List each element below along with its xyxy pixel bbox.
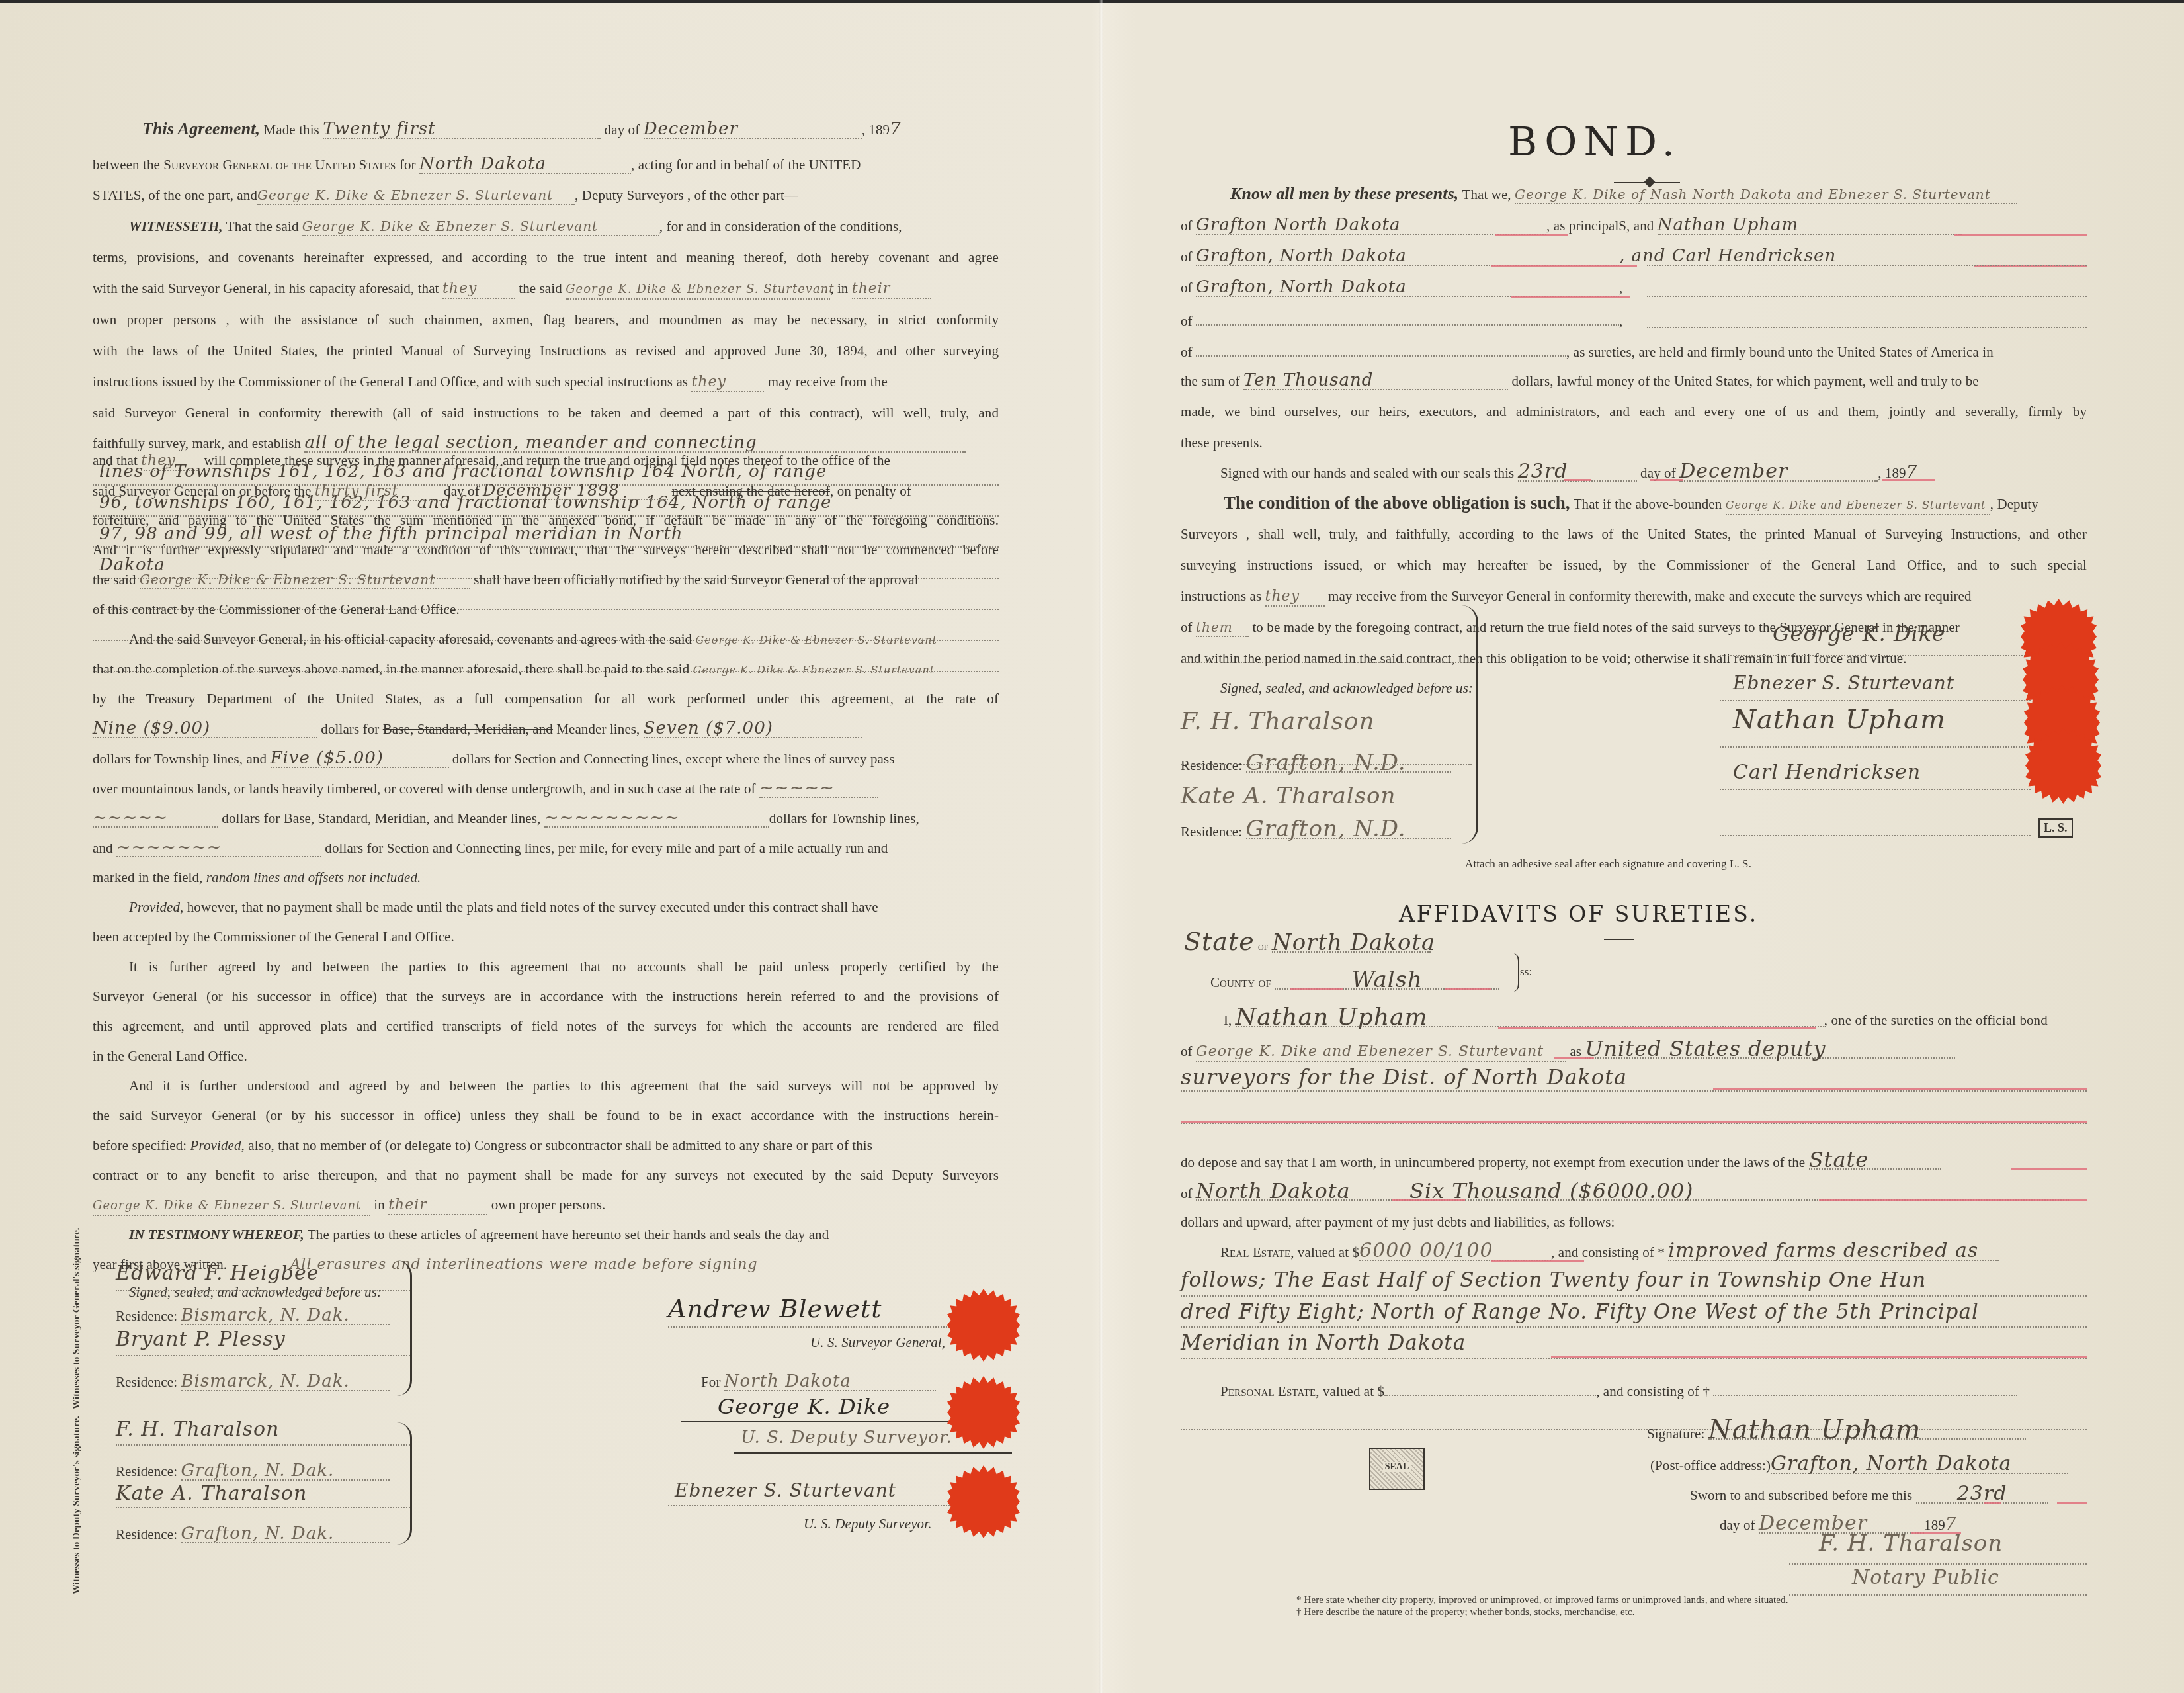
- pink-rule: [1650, 479, 1683, 481]
- empty-field: [1196, 310, 1619, 326]
- label: of: [1181, 619, 1193, 635]
- agreement-line-3: STATES, of the one part, andGeorge K. Di…: [93, 187, 798, 205]
- condition-line-1: The condition of the above obligation is…: [1224, 494, 2090, 515]
- sworn-day-field: 23rd: [1916, 1485, 2048, 1504]
- pink-rule: [1511, 296, 1630, 298]
- deputy-surveyor-2-title: U. S. Deputy Surveyor.: [804, 1515, 932, 1532]
- label: ,: [1619, 313, 1622, 329]
- condition-heading: The condition of the above obligation is…: [1224, 493, 1570, 513]
- bond-line-6: of , as sureties, are held and firmly bo…: [1181, 341, 2087, 361]
- label: , Deputy: [1990, 496, 2038, 512]
- signature-line: Signature: Nathan Upham: [1647, 1421, 2026, 1442]
- field: ~~~~~: [93, 809, 218, 828]
- label: Signature:: [1647, 1426, 1704, 1442]
- rule: [116, 1355, 410, 1356]
- label: over mountainous lands, or lands heavily…: [93, 781, 756, 797]
- label: Residence:: [116, 1526, 177, 1542]
- label: That the said: [226, 218, 299, 234]
- witness-sg-1-signature: Edward F. Heigbee: [116, 1265, 319, 1282]
- label: , and consisting of †: [1596, 1383, 1710, 1399]
- label: I,: [1224, 1012, 1232, 1028]
- label: dollars for: [321, 721, 379, 737]
- label: , one of the sureties on the official bo…: [1824, 1012, 2048, 1028]
- p2-line-3: forfeiture, and paying to the United Sta…: [93, 511, 999, 529]
- label: Sworn to and subscribed before me this: [1690, 1487, 1912, 1503]
- pink-rule: [1498, 1027, 1816, 1029]
- bond-amount-field: Ten Thousand: [1243, 372, 1508, 390]
- pink-rule: [1984, 1502, 2001, 1504]
- rule: [1181, 1123, 2087, 1124]
- section-rate-field: Five ($5.00): [271, 750, 449, 768]
- rule: [1720, 655, 2031, 656]
- witness-ds-1-signature: F. H. Tharalson: [116, 1421, 279, 1438]
- label: of: [1181, 344, 1193, 360]
- bond-heading: Know all men by these presents,: [1230, 184, 1458, 203]
- p5-line-2: Surveyor General (or his successor in of…: [93, 988, 999, 1005]
- label: dollars for Section and Connecting lines…: [452, 751, 895, 767]
- post-office-line: (Post-office address:)Grafton, North Dak…: [1650, 1455, 2068, 1474]
- agreement-line-7: own proper persons , with the assistance…: [93, 311, 999, 328]
- label: for: [399, 157, 416, 173]
- p3-line-1: And the said Surveyor General, in his of…: [129, 630, 1009, 649]
- bond-witness-1-signature: F. H. Tharalson: [1181, 713, 1375, 730]
- label: however, that no payment shall be made u…: [187, 899, 878, 915]
- label: That we,: [1462, 187, 1511, 202]
- label: dollars for Township lines,: [769, 810, 919, 826]
- agreement-line-10: said Surveyor General in conformity ther…: [93, 404, 999, 421]
- survey-description-field: all of the legal section, meander and co…: [304, 434, 966, 453]
- label: may receive from the: [768, 374, 888, 390]
- agreement-state-field: North Dakota: [419, 155, 631, 174]
- p2-line-1: and that they will complete these survey…: [93, 452, 999, 471]
- label: instructions as: [1181, 588, 1261, 604]
- bond-line-1: Know all men by these presents, That we,…: [1230, 185, 2090, 204]
- p2-line-6: of this contract by the Commissioner of …: [93, 601, 460, 618]
- ornament-rule: [1604, 939, 1634, 940]
- label: of: [1258, 940, 1269, 953]
- pink-rule: [1564, 479, 1591, 481]
- label: , as principalS, and: [1546, 218, 1654, 234]
- label: before specified:: [93, 1137, 187, 1153]
- bond-line-4: of Grafton, North Dakota,: [1181, 279, 2087, 297]
- label: Made this: [264, 122, 319, 138]
- rule: [668, 1505, 952, 1506]
- surety-1-residence-field: Grafton, North Dakota: [1196, 247, 1619, 266]
- deputy-surveyor-1-signature: George K. Dike: [718, 1398, 890, 1415]
- affidavit-line-4: do depose and say that I am worth, in un…: [1181, 1151, 2087, 1171]
- label: , and consisting of *: [1551, 1244, 1665, 1260]
- personal-estate-description-field: [1713, 1380, 2017, 1396]
- agreement-heading: This Agreement,: [142, 119, 260, 138]
- p6-line-5: George K. Dike & Ebnezer S. Sturtevant i…: [93, 1196, 605, 1216]
- bond-signer-1-signature: George K. Dike: [1773, 625, 1945, 642]
- field: George K. Dike & Ebnezer S. Sturtevant: [566, 281, 830, 300]
- real-estate-description-field: improved farms described as: [1668, 1242, 1999, 1261]
- surety-2-residence-field: Grafton, North Dakota: [1196, 279, 1619, 297]
- bond-line-8: made, we bind ourselves, our heirs, exec…: [1181, 403, 2087, 420]
- field: Bismarck, N. Dak.: [181, 1373, 390, 1391]
- label: with the said Surveyor General, in his c…: [93, 281, 439, 296]
- field: George K. Dike & Ebnezer S. Sturtevant: [93, 1197, 370, 1216]
- rule: [116, 1507, 410, 1508]
- label: day of: [1720, 1517, 1755, 1533]
- p3-line-4: Nine ($9.00) dollars for Base, Standard,…: [93, 720, 999, 738]
- p3-line-9: marked in the field, random lines and of…: [93, 869, 421, 886]
- brace: [397, 1422, 412, 1545]
- label: random lines and offsets not included.: [206, 869, 421, 885]
- label: dollars for Township lines, and: [93, 751, 267, 767]
- surety-2-field: , and Carl Hendricksen: [1619, 246, 1836, 266]
- label: may receive from the Surveyor General in…: [1328, 588, 1972, 604]
- field: they: [691, 374, 764, 392]
- surveyor-general-title: U. S. Surveyor General,: [810, 1334, 945, 1351]
- label: dollars, lawful money of the United Stat…: [1511, 373, 1978, 389]
- footnote-1: * Here state whether city property, impr…: [1296, 1594, 1788, 1606]
- agreement-line-2: between the Surveyor General of the Unit…: [93, 155, 861, 174]
- rule: [116, 1290, 410, 1291]
- condition-line-6: and within the period named in the said …: [1181, 650, 1907, 667]
- label: , on penalty of: [830, 483, 911, 499]
- deputy-surveyor-2-signature: Ebnezer S. Sturtevant: [675, 1482, 896, 1499]
- agreement-month-field: December: [644, 120, 862, 139]
- p6-line-3: before specified: Provided, also, that n…: [93, 1137, 999, 1154]
- label: valued at $: [1323, 1383, 1384, 1399]
- condition-line-4: instructions as they may receive from th…: [1181, 587, 2087, 607]
- notary-signature: F. H. Tharalson: [1819, 1535, 2003, 1552]
- pink-rule: [1819, 1199, 2087, 1201]
- pink-rule: [1882, 479, 1935, 481]
- rule: [1181, 1326, 2087, 1328]
- label: ,: [1619, 280, 1622, 296]
- rule: [1789, 1563, 2087, 1565]
- testimony-line-1: IN TESTIMONY WHEREOF, The parties to the…: [129, 1226, 999, 1243]
- rule: [681, 1421, 972, 1422]
- p5-line-3: this agreement, and until approved plats…: [93, 1018, 999, 1035]
- label: day of: [444, 483, 480, 499]
- label: Residence:: [1181, 758, 1242, 773]
- field: George K. Dike & Ebnezer S. Sturtevant: [696, 634, 937, 646]
- rule: [1647, 265, 2087, 266]
- rule: [1181, 662, 1472, 663]
- label: that on the completion of the surveys ab…: [93, 661, 689, 677]
- bond-line-3: of Grafton, North Dakota, and Carl Hendr…: [1181, 247, 2087, 266]
- p3-line-2: that on the completion of the surveys ab…: [93, 660, 1019, 679]
- witness-sg-2-signature: Bryant P. Plessy: [116, 1331, 286, 1348]
- field: George K. Dike & Ebnezer S. Sturtevant: [693, 664, 935, 676]
- scan-top-edge: [0, 0, 2184, 3]
- label: (Post-office address:): [1650, 1457, 1771, 1473]
- label: of: [1181, 1043, 1193, 1059]
- affidavit-line-3: surveyors for the Dist. of North Dakota: [1181, 1068, 1627, 1086]
- capacity-field: United States deputy: [1585, 1040, 1955, 1059]
- field: they: [442, 281, 515, 299]
- field: their: [852, 281, 931, 299]
- ss-label: ss:: [1520, 963, 1532, 980]
- agreement-line-5: terms, provisions, and covenants hereina…: [93, 249, 999, 266]
- deputy-surveyor-1-title: U. S. Deputy Surveyor.: [741, 1429, 952, 1446]
- state-field: North Dakota: [1272, 934, 1431, 953]
- label: Provided,: [190, 1137, 245, 1153]
- label: Signed with our hands and sealed with ou…: [1220, 465, 1514, 481]
- label: of: [1181, 1186, 1193, 1201]
- affiant-signature: Nathan Upham: [1708, 1421, 2026, 1440]
- rule: [1720, 700, 2031, 701]
- rule: [1647, 296, 2087, 297]
- agreement-line-6: with the said Surveyor General, in his c…: [93, 280, 999, 300]
- pink-rule: [1554, 1057, 1594, 1059]
- principals-field: George K. Dike of Nash North Dakota and …: [1515, 186, 2017, 204]
- seal-note: Attach an adhesive seal after each signa…: [1465, 855, 1751, 873]
- bond-witness-2-residence: Residence: Grafton, N.D.: [1181, 820, 1451, 840]
- p6-line-4: contract or to any benefit to arise ther…: [93, 1166, 999, 1184]
- seal-stamp-label: SEAL: [1383, 1462, 1411, 1472]
- field: they: [1265, 588, 1325, 607]
- bond-line-2: of Grafton North Dakota, as principalS, …: [1181, 216, 2087, 235]
- bond-signed-label: Signed, sealed, and acknowledged before …: [1220, 679, 1473, 697]
- struck-text: next ensuing the date hereof: [671, 483, 830, 499]
- condition-line-5: of them to be made by the foregoing cont…: [1181, 619, 2087, 637]
- rule: [1720, 835, 2031, 836]
- real-estate-description-line: Meridian in North Dakota: [1181, 1334, 1466, 1352]
- deputy-names-field: George K. Dike & Ebnezer S. Sturtevant: [257, 187, 575, 205]
- pink-rule: [1491, 1260, 1584, 1262]
- label: between the: [93, 157, 160, 173]
- for-state-field: North Dakota: [724, 1373, 936, 1391]
- label: Residence:: [116, 1308, 177, 1324]
- rule: [668, 1326, 952, 1328]
- signed-sealed-label: Signed, sealed, and acknowledged before …: [129, 1283, 382, 1301]
- label: instructions issued by the Commissioner …: [93, 374, 688, 390]
- field: ~~~~~: [759, 779, 878, 798]
- label: , acting for and in behalf of the UNITED: [631, 157, 861, 173]
- rule: [1647, 327, 2087, 328]
- real-estate-line: Real Estate, valued at $6000 00/100, and…: [1220, 1242, 2087, 1261]
- pink-rule: [1551, 1356, 2087, 1358]
- pink-rule: [1491, 265, 1637, 267]
- bond-signer-2-signature: Ebnezer S. Sturtevant: [1733, 675, 1954, 692]
- agreement-line-4: WITNESSETH, That the said George K. Dike…: [129, 218, 902, 236]
- p3-line-6: over mountainous lands, or lands heavily…: [93, 779, 999, 798]
- rule: [116, 1444, 410, 1446]
- label: do depose and say that I am worth, in un…: [1181, 1154, 1805, 1170]
- label: said Surveyor General on or before the: [93, 483, 311, 499]
- label: in: [374, 1197, 385, 1213]
- field: ~~~~~~~~~: [544, 809, 769, 828]
- pink-rule: [1181, 1121, 2087, 1123]
- label: the said: [519, 281, 562, 296]
- witness-ds-1-residence: Residence: Grafton, N. Dak.: [116, 1462, 390, 1481]
- affidavit-line-2: of George K. Dike and Ebenezer S. Sturte…: [1181, 1040, 2087, 1062]
- principal-residence-field: Grafton North Dakota: [1196, 216, 1546, 235]
- brace: [1511, 953, 1519, 992]
- affidavit-line-1: I, Nathan Upham, one of the sureties on …: [1224, 1009, 2090, 1029]
- label: For: [701, 1374, 720, 1390]
- witness-ds-2-residence: Residence: Grafton, N. Dak.: [116, 1525, 390, 1543]
- bond-line-7: the sum of Ten Thousand dollars, lawful …: [1181, 372, 2087, 390]
- p4-line-2: been accepted by the Commissioner of the…: [93, 928, 454, 945]
- label: faithfully survey, mark, and establish: [93, 435, 301, 451]
- county-label: County of: [1210, 975, 1271, 990]
- bond-signer-3-signature: Nathan Upham: [1733, 711, 1946, 728]
- bounden-field: George K. Dike and Ebenezer S. Sturtevan…: [1726, 497, 1990, 515]
- p6-line-2: the said Surveyor General (or by his suc…: [93, 1107, 999, 1124]
- field: they: [141, 453, 200, 471]
- year-suffix: 7: [890, 119, 902, 139]
- bond-month-field: December: [1679, 463, 1878, 482]
- notary-title: Notary Public: [1852, 1569, 1999, 1586]
- label: dollars for Base, Standard, Meridian, an…: [222, 810, 540, 826]
- pink-rule: [1713, 1088, 2087, 1090]
- personal-estate-value-field: [1384, 1380, 1596, 1396]
- year-prefix: , 189: [862, 122, 890, 138]
- label: the sum of: [1181, 373, 1240, 389]
- label: marked in the field,: [93, 869, 202, 885]
- pink-rule: [1954, 234, 2087, 236]
- agreement-line-1: This Agreement, Made this Twenty first d…: [142, 120, 902, 139]
- label: shall have been officially notified by t…: [474, 572, 918, 587]
- agreement-line-9: instructions issued by the Commissioner …: [93, 373, 999, 392]
- label: The parties to these articles of agreeme…: [308, 1227, 829, 1242]
- bond-line-9: these presents.: [1181, 434, 1263, 451]
- label: and: [93, 840, 113, 856]
- surety-1-field: Nathan Upham: [1658, 216, 1962, 235]
- label: Surveyor General of the United States: [163, 157, 396, 173]
- real-estate-description-line: dred Fifty Eight; North of Range No. Fif…: [1181, 1303, 1979, 1321]
- rule: [1181, 1358, 2087, 1359]
- label: Residence:: [116, 1374, 177, 1390]
- p3-line-3: by the Treasury Department of the United…: [93, 690, 999, 707]
- bond-witness-2-signature: Kate A. Tharalson: [1181, 787, 1396, 804]
- p3-line-7: ~~~~~ dollars for Base, Standard, Meridi…: [93, 809, 999, 828]
- p5-line-1: It is further agreed by and between the …: [129, 958, 999, 975]
- bond-title: BOND.: [1508, 119, 1681, 165]
- label: Residence:: [1181, 824, 1242, 840]
- witness-ds-2-signature: Kate A. Tharalson: [116, 1485, 307, 1502]
- affidavit-title: AFFIDAVITS OF SURETIES.: [1399, 901, 1758, 927]
- label: will complete these surveys in the manne…: [204, 453, 890, 468]
- pink-rule: [1495, 234, 1568, 236]
- pink-rule: [1445, 988, 1491, 990]
- label: Meander lines,: [556, 721, 640, 737]
- wax-seal-bond-4: [2025, 728, 2101, 804]
- venue-state: State of North Dakota: [1184, 933, 1431, 955]
- label: Provided,: [129, 899, 183, 915]
- field: Grafton, N.D.: [1246, 754, 1451, 773]
- rule: [1181, 764, 1472, 765]
- principal-field: George K. Dike and Ebenezer S. Sturtevan…: [1196, 1043, 1566, 1062]
- testimony-heading: IN TESTIMONY WHEREOF,: [129, 1227, 304, 1242]
- pink-rule: [1290, 988, 1343, 990]
- state-label: State: [1184, 927, 1255, 956]
- label: and that: [93, 453, 138, 468]
- deputy-names-field: George K. Dike & Ebnezer S. Sturtevant: [302, 218, 659, 236]
- empty-field: [1196, 341, 1566, 357]
- rule: [1720, 789, 2031, 790]
- erasure-note: All erasures and interlineations were ma…: [290, 1256, 757, 1273]
- ls-marker: L. S.: [2038, 818, 2073, 838]
- rule: [734, 1452, 1012, 1454]
- page-fold: [1099, 0, 1103, 1693]
- jurisdiction-state: North Dakota: [1196, 1178, 1351, 1203]
- ornament-rule: [1604, 890, 1634, 890]
- label: of: [1181, 280, 1193, 296]
- label: That if the above-bounden: [1574, 496, 1722, 512]
- field: Grafton, N.D.: [1246, 820, 1451, 839]
- label: , Deputy Surveyors , of the other part—: [575, 187, 798, 203]
- label: , as sureties, are held and firmly bound…: [1566, 344, 1994, 360]
- p3-line-8: and ~~~~~~~ dollars for Section and Conn…: [93, 839, 999, 857]
- label: of: [1181, 313, 1193, 329]
- label: also, that no member of (or delegate to)…: [248, 1137, 872, 1153]
- agreement-day-field: Twenty first: [323, 120, 601, 139]
- label: dollars for Section and Connecting lines…: [325, 840, 888, 856]
- affiant-name-field: Nathan Upham: [1236, 1009, 1824, 1027]
- p5-line-4: in the General Land Office.: [93, 1047, 247, 1064]
- label: Personal Estate,: [1220, 1383, 1320, 1399]
- brace: [1462, 605, 1478, 844]
- meander-rate-field: Nine ($9.00): [93, 720, 317, 738]
- agreement-line-11: faithfully survey, mark, and establish a…: [93, 434, 999, 453]
- brace: [397, 1260, 412, 1396]
- personal-estate-line: Personal Estate, valued at $, and consis…: [1220, 1380, 2087, 1400]
- pink-rule: [1392, 1199, 1465, 1201]
- label: the said: [93, 572, 136, 587]
- field: ~~~~~~~: [116, 839, 321, 857]
- for-state-line: For North Dakota: [701, 1373, 936, 1391]
- post-office-field: Grafton, North Dakota: [1771, 1455, 2068, 1474]
- real-estate-value-field: 6000 00/100: [1359, 1242, 1551, 1261]
- sworn-line: Sworn to and subscribed before me this 2…: [1690, 1485, 2048, 1504]
- worth-field: North Dakota Six Thousand ($6000.00): [1196, 1182, 2069, 1201]
- pink-rule: [2011, 1168, 2087, 1170]
- p2-line-2: said Surveyor General on or before the t…: [93, 482, 999, 501]
- p3-line-5: dollars for Township lines, and Five ($5…: [93, 750, 999, 768]
- real-estate-description-line: follows; The East Half of Section Twenty…: [1181, 1272, 1926, 1289]
- rule: [1720, 746, 2031, 748]
- label: of: [1181, 249, 1193, 265]
- agreement-line-8: with the laws of the United States, the …: [93, 342, 999, 359]
- witnesses-ds-label: Witnesses to Deputy Surveyor's signature…: [71, 1449, 83, 1594]
- due-month-field: December 1898: [483, 482, 668, 500]
- label: of: [1181, 218, 1193, 234]
- p2-line-5: the said George K. Dike & Ebnezer S. Stu…: [93, 571, 999, 589]
- label: Real Estate,: [1220, 1244, 1294, 1260]
- label: valued at $: [1298, 1244, 1359, 1260]
- due-day-field: thirty first: [315, 483, 441, 501]
- condition-line-2: Surveyors , shall well, truly, and faith…: [1181, 525, 2087, 543]
- bond-signer-4-signature: Carl Hendricksen: [1733, 764, 1921, 781]
- witness-sg-2-residence: Residence: Bismarck, N. Dak.: [116, 1373, 390, 1391]
- p2-line-4: And it is further expressly stipulated a…: [93, 541, 999, 558]
- label: day of: [605, 122, 640, 138]
- label: , in: [830, 281, 848, 296]
- township-rate-field: Seven ($7.00): [644, 720, 862, 738]
- label: own proper persons.: [491, 1197, 606, 1213]
- label: Residence:: [116, 1463, 177, 1479]
- field: Bismarck, N. Dak.: [181, 1307, 390, 1325]
- rule: [1789, 1594, 2087, 1596]
- jurisdiction-field: State: [1809, 1151, 1941, 1170]
- field: George K. Dike & Ebnezer S. Sturtevant: [140, 571, 470, 589]
- affidavit-line-6: dollars and upward, after payment of my …: [1181, 1213, 1615, 1231]
- field: them: [1196, 619, 1249, 637]
- pink-rule: [2057, 1502, 2087, 1504]
- footnote-2: † Here describe the nature of the proper…: [1296, 1606, 1635, 1618]
- label: , for and in consideration of the condit…: [659, 218, 902, 234]
- field: their: [388, 1197, 487, 1215]
- label: And the said Surveyor General, in his of…: [129, 631, 692, 647]
- rule: [1181, 1295, 2087, 1297]
